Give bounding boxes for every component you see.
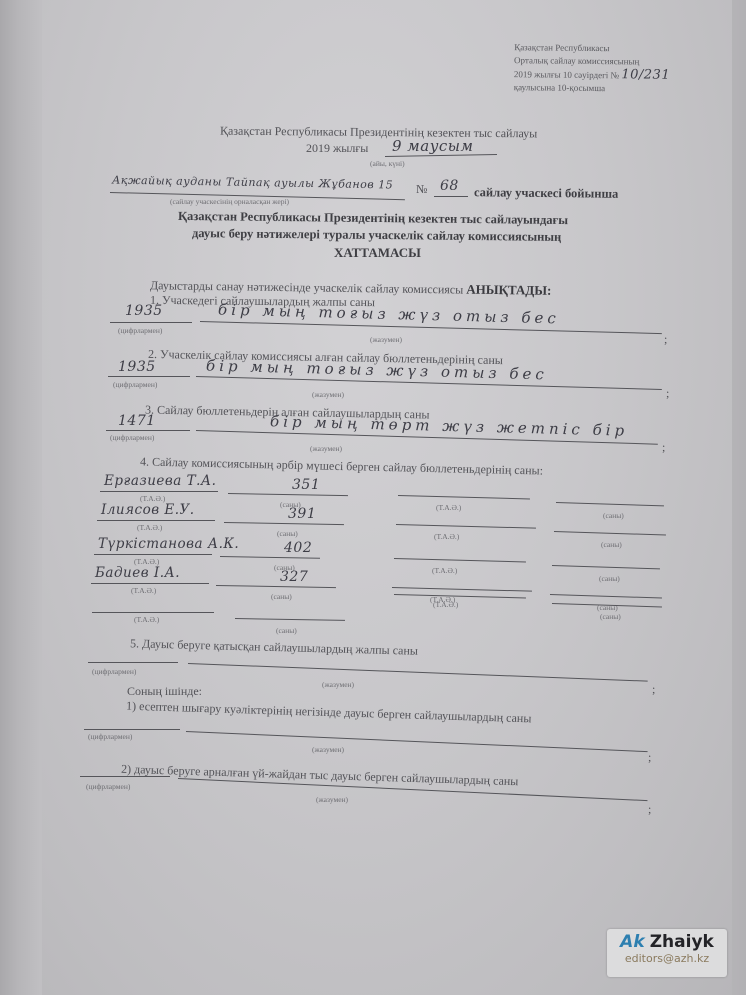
section-2-digits-caption: (цифрлармен): [113, 380, 157, 389]
section-5-semicolon: ;: [652, 682, 655, 697]
protocol-title-line3: ХАТТАМАСЫ: [334, 245, 421, 261]
section-1-words-caption: (жазумен): [370, 335, 402, 344]
blank-qty-caption: (саны): [276, 626, 297, 635]
precinct-number-underline: [434, 196, 468, 197]
member-count: 402: [284, 540, 312, 556]
section-3-semicolon: ;: [662, 440, 665, 455]
member-fio-caption-right: (Т.А.Ә.): [434, 532, 459, 541]
section-1-digits-line: [110, 322, 192, 323]
section-2-semicolon: ;: [666, 386, 669, 401]
section-1-digits-caption: (цифрлармен): [118, 326, 162, 335]
ak-zhaiyk-watermark: Ak Zhaiyk editors@azh.kz: [607, 929, 727, 977]
watermark-brand-zhaiyk: Zhaiyk: [650, 932, 714, 952]
blank-qty-caption-right: (саны): [600, 612, 621, 621]
section-2-digits-line: [108, 376, 190, 377]
approval-stamp: Қазақстан Республикасы Орталық сайлау ко…: [514, 41, 671, 96]
section-5-words-caption: (жазумен): [322, 680, 354, 689]
member-name: Түркістанова А.К.: [98, 536, 239, 552]
section-5-digits-line: [88, 662, 178, 663]
blank-fio-caption: (Т.А.Ә.): [134, 615, 159, 624]
member-name: Ілиясов Е.У.: [101, 502, 195, 518]
section-2-digits: 1935: [118, 359, 156, 375]
section-1-semicolon: ;: [664, 332, 667, 347]
member-count: 351: [292, 477, 320, 493]
member-count: 327: [280, 569, 308, 585]
number-label: №: [416, 182, 427, 197]
address-caption: (сайлау учаскесінің орналасқан жері): [170, 197, 289, 206]
member-fio-caption-right: (Т.А.Ә.): [432, 566, 457, 575]
stamp-line-4: қаулысына 10-қосымша: [514, 81, 670, 96]
section-5-2-digits-line: [80, 776, 170, 777]
section-1-digits: 1935: [125, 303, 163, 319]
watermark-brand-ak: Ak: [620, 932, 644, 952]
member-name-line: [97, 520, 215, 521]
section-5-2-semicolon: ;: [648, 802, 651, 817]
member-fio-caption: (Т.А.Ә.): [131, 586, 156, 595]
member-name: Бадиев І.А.: [95, 565, 180, 581]
member-qty-caption: (саны): [277, 529, 298, 538]
watermark-email: editors@azh.kz: [607, 952, 727, 965]
election-year: 2019 жылғы: [306, 141, 368, 156]
election-date: 9 маусым: [392, 137, 473, 155]
member-name-line: [91, 583, 209, 584]
member-fio-caption: (Т.А.Ә.): [137, 523, 162, 532]
section-5-1-semicolon: ;: [648, 750, 651, 765]
member-name-line: [100, 491, 218, 492]
member-count: 391: [288, 506, 316, 522]
section-3-digits-line: [106, 430, 190, 431]
stamp-line-3-text: 2019 жылғы 10 сәуірдегі №: [514, 69, 619, 80]
blank-fio-line: [92, 612, 214, 613]
including-label: Соның ішінде:: [127, 684, 202, 699]
member-qty-caption: (саны): [271, 592, 292, 601]
section-5-digits-caption: (цифрлармен): [92, 667, 136, 676]
section-5-1-words-caption: (жазумен): [312, 745, 344, 754]
section-3-words-caption: (жазумен): [310, 444, 342, 453]
blank-fio-caption-right: (Т.А.Ә.): [433, 600, 458, 609]
section-5-1-digits-line: [84, 729, 180, 730]
section-5-2-digits-caption: (цифрлармен): [86, 782, 130, 791]
section-3-digits: 1471: [118, 413, 156, 429]
section-5-2-words-caption: (жазумен): [316, 795, 348, 804]
intro-bold: АНЫҚТАДЫ:: [466, 282, 551, 298]
date-caption: (айы, күні): [370, 159, 405, 168]
election-title: Қазақстан Республикасы Президентінің кез…: [220, 124, 537, 142]
member-name: Ерғазиева Т.А.: [104, 473, 216, 489]
member-qty-caption-right: (саны): [603, 511, 624, 520]
precinct-suffix: сайлау учаскесі бойынша: [474, 185, 618, 202]
member-qty-caption-right: (саны): [599, 574, 620, 583]
stamp-number: 10/231: [621, 67, 670, 83]
member-fio-caption-right: (Т.А.Ә.): [436, 503, 461, 512]
section-3-digits-caption: (цифрлармен): [110, 433, 154, 442]
member-name-line: [94, 554, 212, 555]
section-2-words-caption: (жазумен): [312, 390, 344, 399]
section-5-1-digits-caption: (цифрлармен): [88, 732, 132, 741]
precinct-number: 68: [440, 178, 459, 194]
member-qty-caption-right: (саны): [601, 540, 622, 549]
